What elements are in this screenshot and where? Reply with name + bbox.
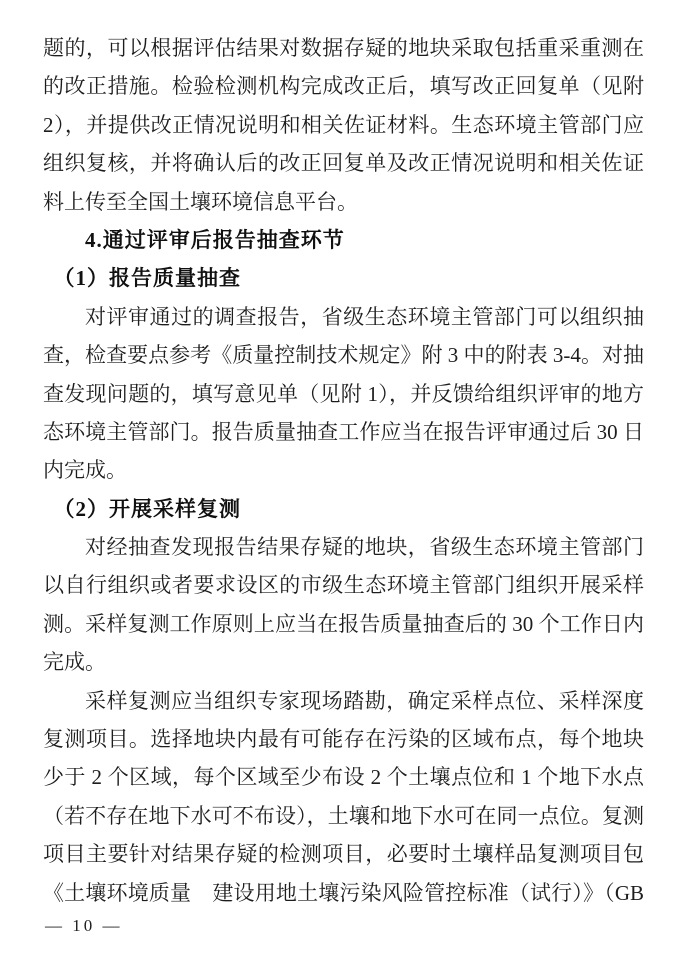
text-line: 料上传至全国土壤环境信息平台。 [43, 183, 644, 221]
text-line: 查发现问题的，填写意见单（见附 1），并反馈给组织评审的地方生 [43, 375, 644, 413]
text-line: 少于 2 个区域，每个区域至少布设 2 个土壤点位和 1 个地下水点位 [43, 758, 644, 796]
text-line: 对评审通过的调查报告，省级生态环境主管部门可以组织抽 [43, 298, 644, 336]
text-line: 对经抽查发现报告结果存疑的地块，省级生态环境主管部门可 [43, 528, 644, 566]
text-line: 题的，可以根据评估结果对数据存疑的地块采取包括重采重测在内 [43, 29, 644, 67]
text-line: 内完成。 [43, 451, 644, 489]
text-line: 以自行组织或者要求设区的市级生态环境主管部门组织开展采样复 [43, 566, 644, 604]
subsection-heading-2: （2）开展采样复测 [43, 490, 644, 528]
text-line: 项目主要针对结果存疑的检测项目，必要时土壤样品复测项目包括 [43, 835, 644, 873]
text-line: 《土壤环境质量 建设用地土壤污染风险管控标准（试行）》（GB [43, 874, 644, 912]
text-line: 2），并提供改正情况说明和相关佐证材料。生态环境主管部门应当 [43, 106, 644, 144]
section-heading-4: 4.通过评审后报告抽查环节 [43, 221, 644, 259]
text-line: 采样复测应当组织专家现场踏勘，确定采样点位、采样深度和 [43, 682, 644, 720]
text-line: （若不存在地下水可不布设），土壤和地下水可在同一点位。复测 [43, 797, 644, 835]
subsection-heading-1: （1）报告质量抽查 [43, 259, 644, 297]
text-line: 组织复核，并将确认后的改正回复单及改正情况说明和相关佐证材 [43, 144, 644, 182]
text-line: 查，检查要点参考《质量控制技术规定》附 3 中的附表 3-4。对抽 [43, 336, 644, 374]
text-line: 完成。 [43, 643, 644, 681]
text-line: 态环境主管部门。报告质量抽查工作应当在报告评审通过后 30 日 [43, 413, 644, 451]
document-text: 题的，可以根据评估结果对数据存疑的地块采取包括重采重测在内 的改正措施。检验检测… [43, 29, 644, 912]
text-line: 的改正措施。检验检测机构完成改正后，填写改正回复单（见附 [43, 67, 644, 105]
page-number: — 10 — [45, 914, 123, 938]
text-line: 测。采样复测工作原则上应当在报告质量抽查后的 30 个工作日内 [43, 605, 644, 643]
document-page: 题的，可以根据评估结果对数据存疑的地块采取包括重采重测在内 的改正措施。检验检测… [0, 0, 686, 974]
text-line: 复测项目。选择地块内最有可能存在污染的区域布点，每个地块不 [43, 720, 644, 758]
